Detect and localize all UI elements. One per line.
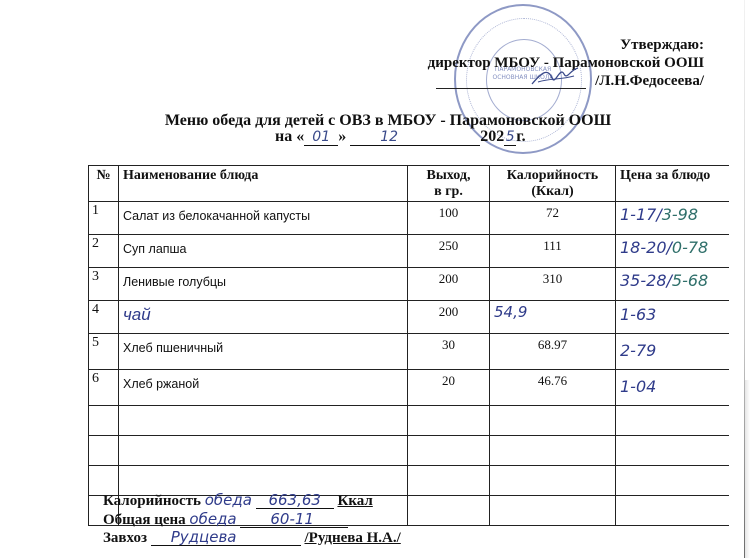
date-year-digit: 5 <box>504 129 516 146</box>
row-price: 1-63 <box>616 301 729 334</box>
table-row: 4чай20054,91-63 <box>89 301 729 334</box>
empty-cell <box>408 466 490 496</box>
header-yield: Выход,в гр. <box>408 166 490 202</box>
empty-cell <box>490 466 616 496</box>
row-dish-name: чай <box>119 301 408 334</box>
header-kcal-line2: (Ккал) <box>531 184 573 199</box>
row-dish-name: Салат из белокачанной капусты <box>119 202 408 235</box>
total-kcal-hw-word: обеда <box>205 491 252 509</box>
empty-cell <box>616 496 729 526</box>
row-price-main: 1-04 <box>620 377 656 396</box>
keeper-label: Завхоз <box>103 530 147 546</box>
row-yield: 250 <box>408 235 490 268</box>
row-price: 18-20/0-78 <box>616 235 729 268</box>
approval-label: Утверждаю: <box>428 36 704 54</box>
menu-title: Меню обеда для детей с ОВЗ в МБОУ - Пара… <box>165 112 611 129</box>
table-row-empty <box>89 406 729 436</box>
row-price-main: 2-79 <box>620 341 656 360</box>
row-yield: 100 <box>408 202 490 235</box>
empty-cell <box>408 406 490 436</box>
header-name: Наименование блюда <box>119 166 408 202</box>
keeper-row: Завхоз Рудцева /Руднева Н.А./ <box>103 529 401 547</box>
row-dish-name: Хлеб пшеничный <box>119 334 408 370</box>
keeper-name: /Руднева Н.А./ <box>304 530 400 546</box>
empty-cell <box>119 406 408 436</box>
row-price-extra: 0-78 <box>672 238 708 257</box>
empty-cell <box>119 436 408 466</box>
row-price: 1-17/3-98 <box>616 202 729 235</box>
date-year-prefix: 202 <box>480 128 504 145</box>
row-price-extra: 3-98 <box>662 205 698 224</box>
row-price-main: 1-17/ <box>620 205 662 224</box>
empty-cell <box>408 436 490 466</box>
row-kcal: 46.76 <box>490 370 616 406</box>
empty-cell <box>89 436 119 466</box>
row-kcal: 54,9 <box>490 301 616 334</box>
empty-cell <box>89 406 119 436</box>
table-row: 2Суп лапша25011118-20/0-78 <box>89 235 729 268</box>
header-yield-line2: в гр. <box>434 184 463 199</box>
total-kcal-label: Калорийность <box>103 493 201 509</box>
row-dish-name: Суп лапша <box>119 235 408 268</box>
table-header-row: № Наименование блюда Выход,в гр. Калорий… <box>89 166 729 202</box>
total-price-value: 60-11 <box>240 511 348 528</box>
row-num: 1 <box>89 202 119 235</box>
row-num: 6 <box>89 370 119 406</box>
empty-cell <box>616 466 729 496</box>
row-num: 4 <box>89 301 119 334</box>
header-num: № <box>89 166 119 202</box>
empty-cell <box>408 496 490 526</box>
table-row: 1Салат из белокачанной капусты100721-17/… <box>89 202 729 235</box>
row-num: 5 <box>89 334 119 370</box>
row-price-main: 35-28/ <box>620 271 672 290</box>
table-row: 5Хлеб пшеничный3068.972-79 <box>89 334 729 370</box>
menu-date: на «01» 122025г. <box>275 128 526 146</box>
row-num: 3 <box>89 268 119 301</box>
menu-table: № Наименование блюда Выход,в гр. Калорий… <box>88 165 729 526</box>
empty-cell <box>490 436 616 466</box>
date-day: 01 <box>304 129 338 146</box>
total-kcal-row: Калорийность обеда 663,63 Ккал <box>103 491 401 510</box>
page-edge-shadow <box>745 380 750 558</box>
row-price-extra: 5-68 <box>672 271 708 290</box>
row-yield: 200 <box>408 268 490 301</box>
date-month: 12 <box>350 129 480 146</box>
empty-cell <box>490 496 616 526</box>
total-price-hw-word: обеда <box>189 510 236 528</box>
total-price-row: Общая цена обеда 60-11 <box>103 510 401 529</box>
row-dish-name: Хлеб ржаной <box>119 370 408 406</box>
total-kcal-value: 663,63 <box>256 492 334 509</box>
row-dish-name: Ленивые голубцы <box>119 268 408 301</box>
header-yield-line1: Выход, <box>427 168 471 183</box>
empty-cell <box>490 406 616 436</box>
header-price: Цена за блюдо <box>616 166 729 202</box>
director-signature-icon <box>530 64 580 90</box>
row-price: 2-79 <box>616 334 729 370</box>
empty-cell <box>616 436 729 466</box>
date-prefix: на « <box>275 128 304 145</box>
row-yield: 30 <box>408 334 490 370</box>
date-year-suffix: г. <box>516 128 525 145</box>
table-row: 6Хлеб ржаной2046.761-04 <box>89 370 729 406</box>
footer-summary: Калорийность обеда 663,63 Ккал Общая цен… <box>103 491 401 547</box>
row-kcal: 310 <box>490 268 616 301</box>
row-num: 2 <box>89 235 119 268</box>
row-yield: 20 <box>408 370 490 406</box>
row-kcal: 111 <box>490 235 616 268</box>
date-mid: » <box>338 128 346 145</box>
row-kcal: 72 <box>490 202 616 235</box>
row-price: 35-28/5-68 <box>616 268 729 301</box>
row-price: 1-04 <box>616 370 729 406</box>
table-row: 3Ленивые голубцы20031035-28/5-68 <box>89 268 729 301</box>
header-kcal-line1: Калорийность <box>507 168 598 183</box>
header-kcal: Калорийность(Ккал) <box>490 166 616 202</box>
row-kcal: 68.97 <box>490 334 616 370</box>
keeper-signature: Рудцева <box>151 529 301 546</box>
total-kcal-unit: Ккал <box>337 493 372 509</box>
empty-cell <box>616 406 729 436</box>
row-price-main: 18-20/ <box>620 238 672 257</box>
table-row-empty <box>89 436 729 466</box>
total-price-label: Общая цена <box>103 512 186 528</box>
row-price-main: 1-63 <box>620 305 656 324</box>
row-yield: 200 <box>408 301 490 334</box>
